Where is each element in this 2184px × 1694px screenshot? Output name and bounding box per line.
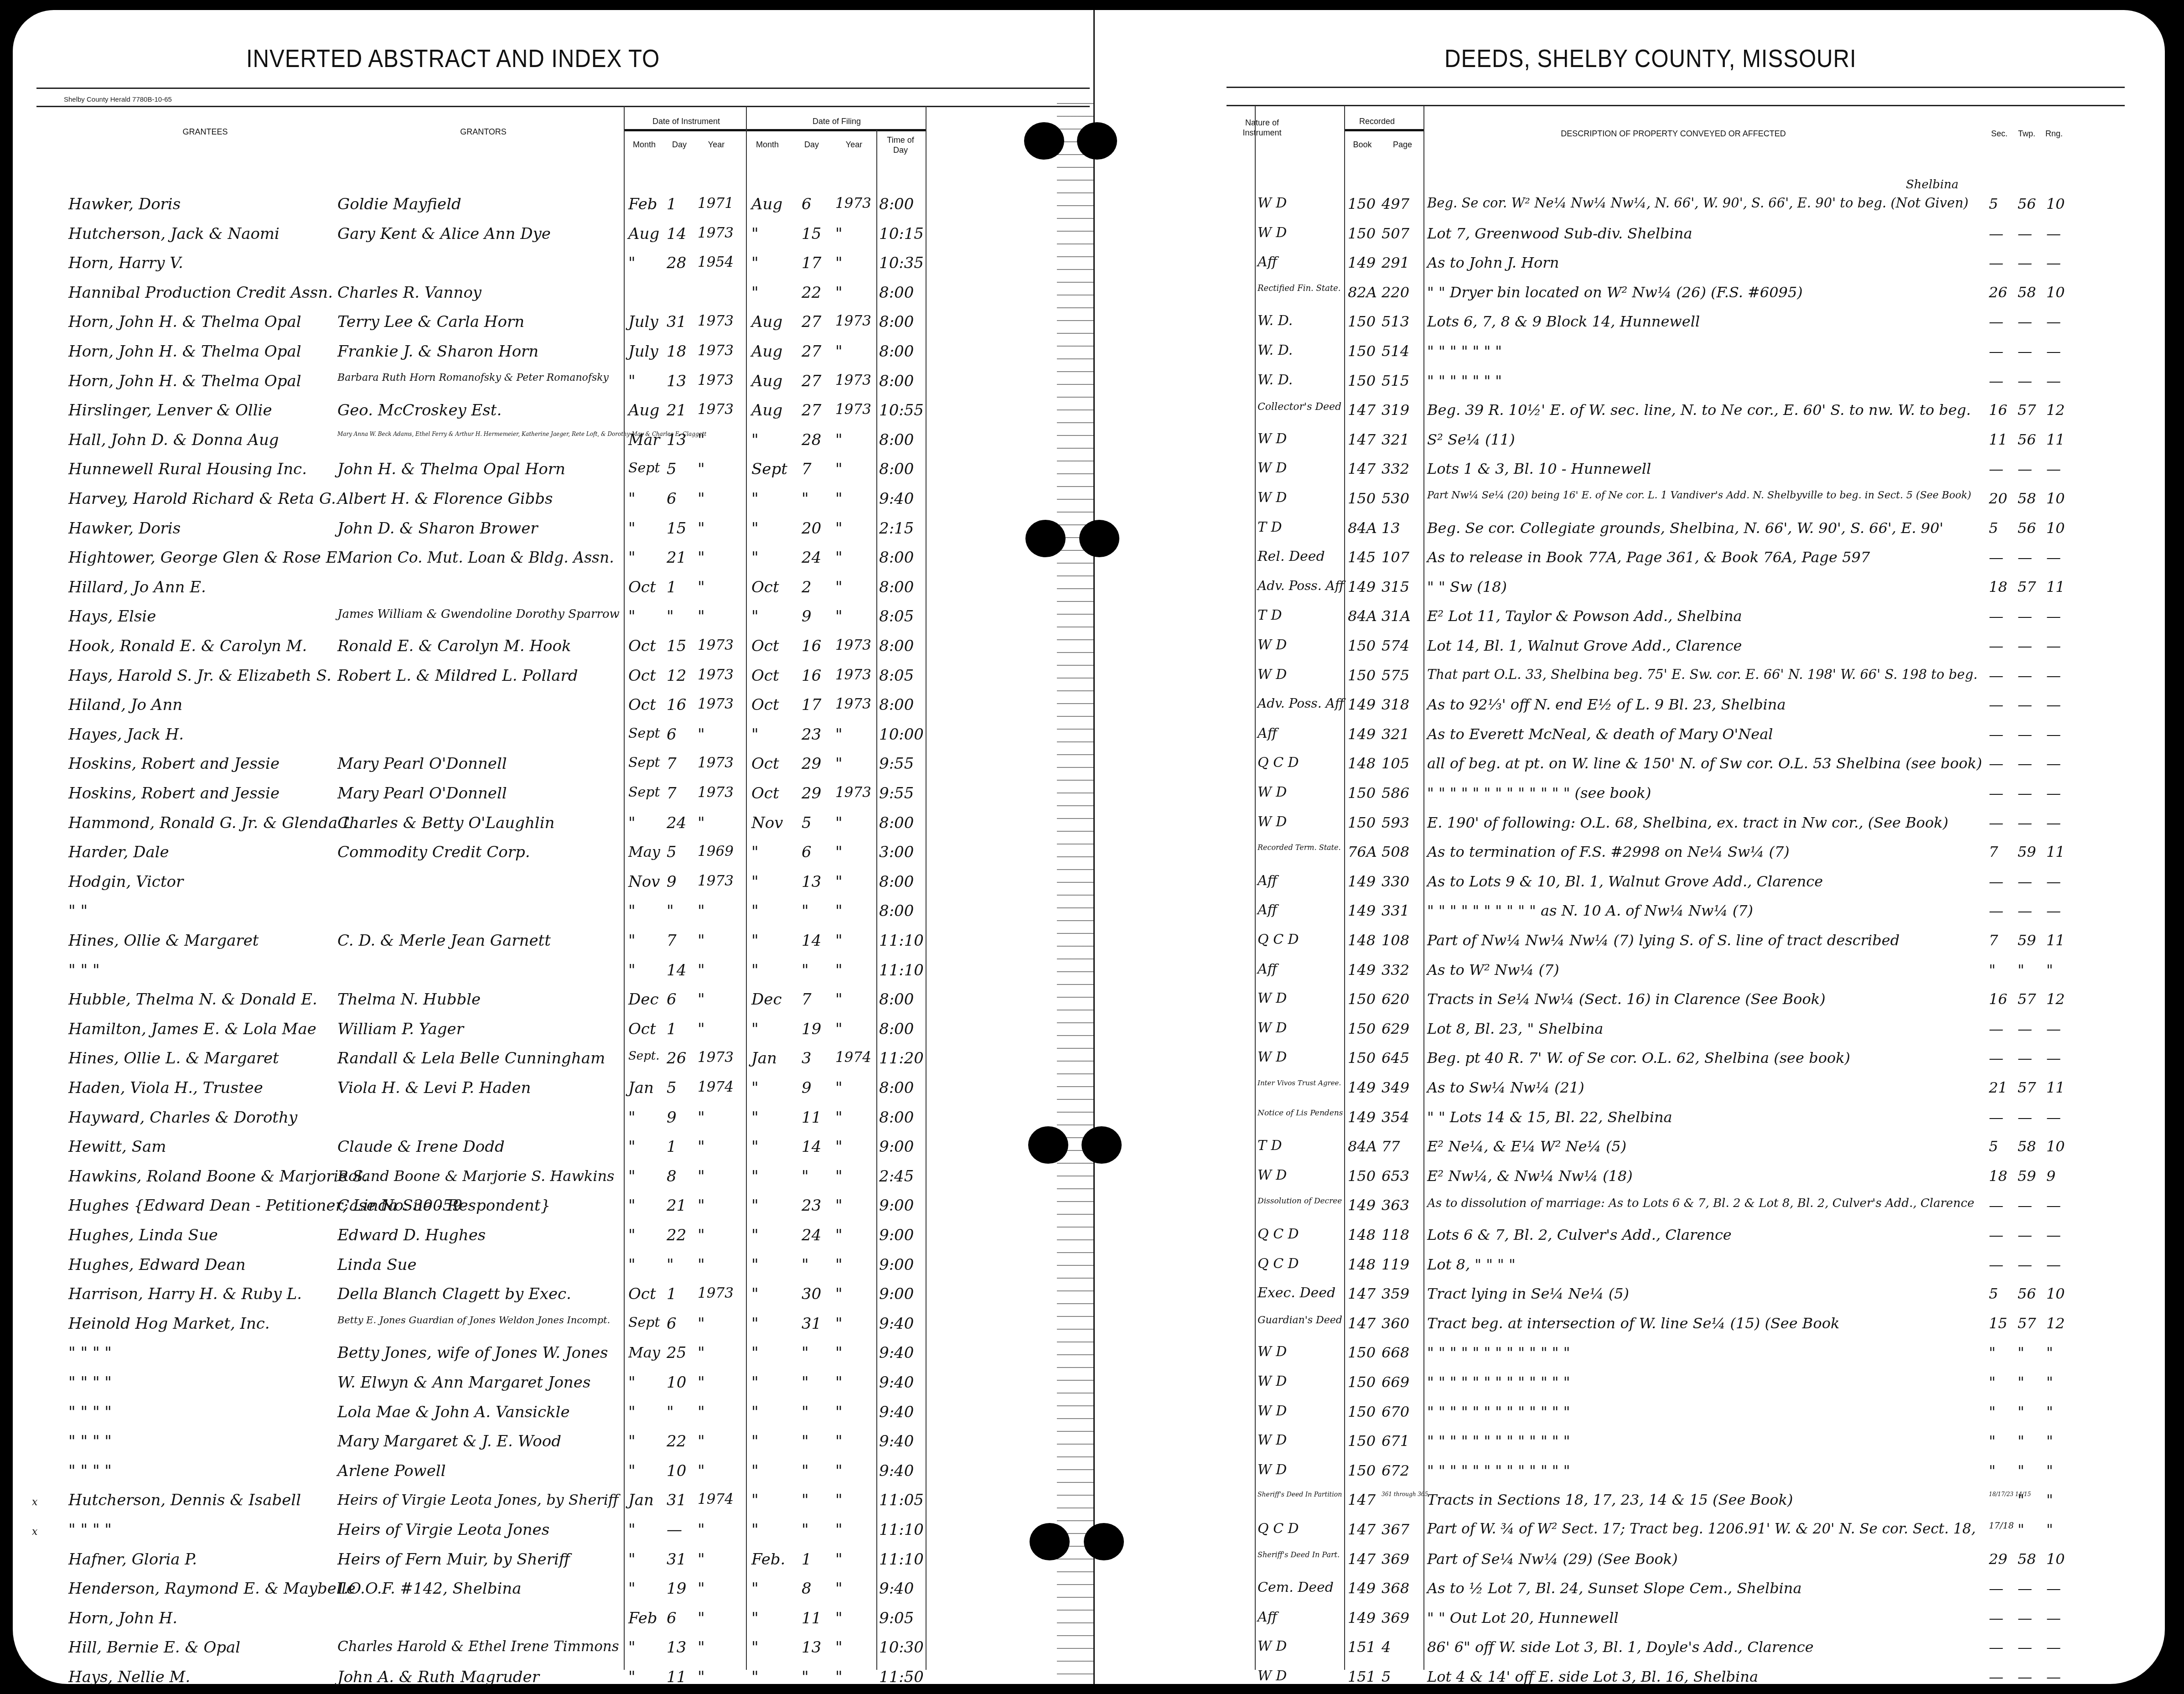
inst-month-cell: " [628, 549, 636, 567]
nature-cell: Q C D [1258, 1256, 1299, 1272]
twp-cell: — [2018, 725, 2032, 743]
book-cell: 149 [1348, 1609, 1376, 1627]
fil-year-cell: 1973 [835, 696, 871, 712]
fil-day-cell: " [802, 1256, 809, 1274]
grantee-cell: Hutcherson, Dennis & Isabell [68, 1491, 301, 1509]
twp-cell: — [2018, 1226, 2032, 1243]
book-cell: 149 [1348, 725, 1376, 743]
description-cell: As to dissolution of marriage: As to Lot… [1427, 1197, 1974, 1210]
sec-cell: — [1989, 313, 2003, 330]
inst-year-cell: " [698, 1226, 705, 1244]
fil-day-cell: " [802, 1432, 809, 1451]
fil-year-cell: " [835, 932, 843, 950]
sec-cell: " [1989, 1373, 1996, 1391]
book-cell: 150 [1348, 313, 1376, 330]
description-cell: That part O.L. 33, Shelbina beg. 75' E. … [1427, 667, 1977, 682]
twp-cell: " [2018, 1491, 2024, 1508]
fil-month-cell: " [751, 1432, 759, 1451]
description-cell: Part of W. ¾ of W² Sect. 17; Tract beg. … [1427, 1521, 1976, 1537]
rng-cell: 10 [2046, 1285, 2065, 1302]
grantor-cell: Mary Pearl O'Donnell [337, 755, 507, 773]
nature-cell: W D [1258, 1668, 1287, 1684]
book-cell: 149 [1348, 696, 1376, 713]
sec-cell: 20 [1989, 490, 2008, 507]
twp-cell: 59 [2018, 932, 2036, 949]
book-cell: 150 [1348, 1432, 1376, 1450]
fil-month-cell: Dec [751, 990, 781, 1009]
inst-year-cell: 1973 [698, 1049, 734, 1066]
sec-header: Sec. [1988, 129, 2011, 139]
inst-month-cell: Jan [628, 1079, 654, 1097]
grantee-cell: Hillard, Jo Ann E. [68, 578, 206, 596]
fil-day-cell: 19 [802, 1020, 821, 1038]
inst-year-cell: " [698, 1668, 705, 1686]
column-divider [1255, 106, 1256, 1670]
rng-cell: " [2046, 1521, 2053, 1538]
fil-day-cell: 27 [802, 401, 821, 420]
rng-cell: " [2046, 1491, 2053, 1508]
inst-month-cell: Nov [628, 873, 660, 891]
description-cell: Beg. pt 40 R. 7' W. of Se cor. O.L. 62, … [1427, 1049, 1850, 1067]
description-cell: " " Sw (18) [1427, 578, 1507, 596]
page-cell: 331 [1382, 902, 1409, 919]
time-cell: 11:10 [879, 1521, 924, 1539]
twp-cell: — [2018, 254, 2032, 271]
header-rule [36, 88, 1090, 89]
nature-cell: W D [1258, 1432, 1287, 1448]
time-header: Time of Day [880, 135, 921, 155]
page-cell: 507 [1382, 225, 1409, 242]
inst-day-cell: 13 [667, 372, 686, 390]
grantor-cell: Goldie Mayfield [337, 195, 461, 213]
page-cell: 574 [1382, 637, 1409, 654]
binder-hole [1025, 520, 1066, 557]
page-cell: 508 [1382, 843, 1409, 860]
grantor-cell: Charles Harold & Ethel Irene Timmons [337, 1638, 619, 1655]
inst-year-cell: " [698, 490, 705, 508]
nature-cell: Aff [1258, 254, 1277, 270]
fil-year-cell: " [835, 1609, 843, 1627]
grantee-cell: " " " [68, 961, 100, 979]
inst-year-cell: 1973 [698, 784, 734, 801]
time-cell: 8:00 [879, 1020, 914, 1038]
fil-day-cell: " [802, 1344, 809, 1362]
page-cell: 119 [1382, 1256, 1409, 1273]
rng-header: Rng. [2043, 129, 2065, 139]
inst-day-cell: 1 [667, 578, 677, 596]
rng-cell: — [2046, 549, 2061, 566]
inst-month-cell: " [628, 1197, 636, 1215]
description-cell: Lot 8, Bl. 23, " Shelbina [1427, 1020, 1603, 1037]
time-cell: 10:30 [879, 1638, 924, 1657]
fil-month-cell: " [751, 843, 759, 861]
description-cell: E² Lot 11, Taylor & Powson Add., Shelbin… [1427, 607, 1742, 625]
grantee-cell: Hays, Harold S. Jr. & Elizabeth S. [68, 667, 331, 685]
page-cell: 354 [1382, 1109, 1409, 1126]
inst-year-cell: 1974 [698, 1491, 734, 1508]
grantor-cell: C. D. & Merle Jean Garnett [337, 932, 551, 950]
sec-cell: 18/17/23 14/15 [1989, 1491, 2031, 1497]
grantee-cell: Horn, Harry V. [68, 254, 183, 272]
inst-month-cell: " [628, 1138, 636, 1156]
nature-cell: T D [1258, 1138, 1282, 1154]
fil-day-cell: 6 [802, 843, 812, 861]
inst-month-cell: " [628, 814, 636, 832]
twp-cell: 58 [2018, 1138, 2036, 1155]
description-cell: " " " " " " " " " " " " " [1427, 1403, 1570, 1420]
page-header: Page [1389, 140, 1416, 150]
twp-cell: — [2018, 873, 2032, 890]
fil-month-cell: " [751, 932, 759, 950]
nature-cell: W D [1258, 784, 1287, 800]
inst-day-cell: 8 [667, 1167, 677, 1186]
book-cell: 150 [1348, 1403, 1376, 1420]
grantor-cell: Commodity Credit Corp. [337, 843, 530, 861]
fil-year-cell: " [835, 1285, 843, 1303]
fil-day-cell: 22 [802, 284, 821, 302]
rng-cell: — [2046, 1197, 2061, 1214]
sec-cell: — [1989, 254, 2003, 271]
grantee-cell: Horn, John H. & Thelma Opal [68, 372, 301, 390]
time-cell: 2:15 [879, 519, 914, 538]
page-cell: 220 [1382, 284, 1409, 301]
fil-day-cell: 27 [802, 372, 821, 390]
nature-cell: W D [1258, 1020, 1287, 1036]
fil-month-cell: " [751, 1197, 759, 1215]
inst-day-cell: 18 [667, 342, 686, 361]
sec-cell: — [1989, 549, 2003, 566]
grantor-cell: Della Blanch Clagett by Exec. [337, 1285, 571, 1303]
page-cell: 105 [1382, 755, 1409, 772]
twp-cell: — [2018, 1668, 2032, 1685]
nature-cell: Collector's Deed [1258, 401, 1341, 413]
inst-month-header: Month [628, 140, 660, 150]
fil-day-cell: 29 [802, 755, 821, 773]
time-cell: 8:00 [879, 342, 914, 361]
description-cell: " " " " " " " " " " " " " (see book) [1427, 784, 1651, 802]
time-cell: 10:00 [879, 725, 924, 744]
twp-cell: — [2018, 667, 2032, 684]
inst-day-cell: 26 [667, 1049, 686, 1067]
grantee-cell: Hoskins, Robert and Jessie [68, 784, 279, 803]
twp-cell: — [2018, 1580, 2032, 1597]
grantee-cell: Horn, John H. & Thelma Opal [68, 342, 301, 361]
column-divider [1344, 106, 1345, 1670]
page-cell: 369 [1382, 1609, 1409, 1627]
twp-cell: — [2018, 1256, 2032, 1273]
rng-cell: " [2046, 1344, 2053, 1361]
description-cell: As to Sw¼ Nw¼ (21) [1427, 1079, 1584, 1096]
grantor-cell: Terry Lee & Carla Horn [337, 313, 524, 331]
twp-cell: " [2018, 1373, 2024, 1391]
fil-year-cell: " [835, 225, 843, 243]
grantee-cell: Hawker, Doris [68, 519, 181, 538]
grantee-cell: Hawkins, Roland Boone & Marjorie S. [68, 1167, 367, 1186]
rng-cell: — [2046, 1638, 2061, 1656]
inst-month-cell: " [628, 1167, 636, 1186]
book-cell: 147 [1348, 401, 1376, 419]
nature-cell: W D [1258, 460, 1287, 476]
nature-header: Nature of Instrument [1239, 118, 1285, 138]
inst-year-cell: 1974 [698, 1079, 734, 1095]
description-cell: Beg. Se cor. Collegiate grounds, Shelbin… [1427, 519, 1943, 537]
fil-year-cell: " [835, 843, 843, 861]
grantee-cell: Hannibal Production Credit Assn. [68, 284, 333, 302]
nature-cell: T D [1258, 519, 1282, 535]
page-cell: 359 [1382, 1285, 1409, 1302]
fil-year-cell: " [835, 549, 843, 567]
grantor-cell: Thelma N. Hubble [337, 990, 481, 1009]
book-cell: 150 [1348, 1020, 1376, 1037]
sec-cell: — [1989, 814, 2003, 831]
fil-month-cell: " [751, 1609, 759, 1627]
grantor-cell: Barbara Ruth Horn Romanofsky & Peter Rom… [337, 372, 609, 383]
grantee-cell: " " " " [68, 1432, 112, 1451]
inst-day-cell: 21 [667, 1197, 686, 1215]
time-cell: 9:00 [879, 1226, 914, 1244]
fil-month-cell: " [751, 549, 759, 567]
grantor-cell: W. Elwyn & Ann Margaret Jones [337, 1373, 590, 1392]
grantor-cell: Robert L. & Mildred L. Pollard [337, 667, 578, 685]
column-divider [926, 106, 926, 1670]
time-cell: 8:00 [879, 696, 914, 714]
grantee-cell: " " " " [68, 1344, 112, 1362]
grantee-cell: Harvey, Harold Richard & Reta G. [68, 490, 336, 508]
date-header-rule [625, 129, 926, 131]
inst-day-cell: 15 [667, 519, 686, 538]
nature-cell: Adv. Poss. Aff [1258, 696, 1344, 711]
grantee-cell: Hall, John D. & Donna Aug [68, 431, 279, 449]
fil-year-cell: " [835, 1432, 843, 1451]
page-cell: 368 [1382, 1580, 1409, 1597]
inst-year-cell: " [698, 1109, 705, 1127]
grantee-cell: Hutcherson, Jack & Naomi [68, 225, 279, 243]
grantor-cell: William P. Yager [337, 1020, 464, 1038]
sec-cell: — [1989, 225, 2003, 242]
fil-month-cell: " [751, 1462, 759, 1480]
twp-cell: " [2018, 1462, 2024, 1479]
fil-day-cell: 14 [802, 932, 821, 950]
rng-cell: 10 [2046, 284, 2065, 301]
margin-mark: x [32, 1497, 37, 1508]
rng-cell: — [2046, 1609, 2061, 1627]
page-cell: 369 [1382, 1550, 1409, 1568]
inst-month-cell: Oct [628, 1285, 656, 1303]
page-cell: 349 [1382, 1079, 1409, 1096]
inst-day-cell: 10 [667, 1373, 686, 1392]
grantee-cell: Hewitt, Sam [68, 1138, 166, 1156]
fil-year-cell: " [835, 519, 843, 538]
time-cell: 11:10 [879, 1550, 924, 1569]
grantor-cell: Heirs of Virgie Leota Jones [337, 1521, 549, 1539]
description-cell: " " " " " " " " " " " " " [1427, 1432, 1570, 1450]
fil-year-cell: " [835, 1521, 843, 1539]
book-cell: 147 [1348, 460, 1376, 477]
grantor-cell: Randall & Lela Belle Cunningham [337, 1049, 605, 1067]
grantor-cell: I.O.O.F. #142, Shelbina [337, 1580, 522, 1598]
rng-cell: 11 [2046, 1079, 2065, 1096]
inst-year-cell: " [698, 1197, 705, 1215]
fil-month-cell: Oct [751, 637, 779, 655]
page-cell: 515 [1382, 372, 1409, 389]
inst-year-cell: " [698, 1373, 705, 1392]
nature-cell: Aff [1258, 873, 1277, 889]
page-cell: 671 [1382, 1432, 1409, 1450]
inst-month-cell: Jan [628, 1491, 654, 1509]
twp-cell: — [2018, 460, 2032, 477]
description-cell: As to Lots 9 & 10, Bl. 1, Walnut Grove A… [1427, 873, 1823, 890]
twp-cell: " [2018, 1403, 2024, 1420]
nature-cell: Notice of Lis Pendens [1258, 1109, 1343, 1118]
inst-day-cell: 22 [667, 1432, 686, 1451]
inst-day-cell: 9 [667, 1109, 677, 1127]
inst-day-cell: 16 [667, 696, 686, 714]
time-cell: 9:00 [879, 1197, 914, 1215]
fil-day-cell: " [802, 1403, 809, 1421]
sec-cell: 5 [1989, 519, 1998, 537]
nature-cell: Aff [1258, 961, 1277, 977]
fil-year-cell: " [835, 990, 843, 1009]
rng-cell: — [2046, 1580, 2061, 1597]
inst-year-cell: " [698, 1580, 705, 1598]
inst-year-cell: " [698, 578, 705, 596]
header-rule [1227, 105, 2125, 106]
rng-cell: 11 [2046, 932, 2065, 949]
book-cell: 149 [1348, 1197, 1376, 1214]
binding-edge [1057, 91, 1093, 1676]
page-cell: 319 [1382, 401, 1409, 419]
time-cell: 8:00 [879, 460, 914, 478]
fil-day-header: Day [798, 140, 825, 150]
time-cell: 3:00 [879, 843, 914, 861]
book-cell: 148 [1348, 755, 1376, 772]
fil-year-cell: " [835, 1580, 843, 1598]
book-cell: 148 [1348, 1226, 1376, 1243]
rng-cell: — [2046, 1668, 2061, 1685]
time-cell: 9:40 [879, 1432, 914, 1451]
twp-cell: — [2018, 372, 2032, 389]
description-cell: Beg. 39 R. 10½' E. of W. sec. line, N. t… [1427, 401, 1971, 419]
inst-month-cell: " [628, 1432, 636, 1451]
description-cell: Part Nw¼ Se¼ (20) being 16' E. of Ne cor… [1427, 490, 1971, 501]
twp-cell: — [2018, 1609, 2032, 1627]
grantee-cell: Horn, John H. & Thelma Opal [68, 313, 301, 331]
inst-day-cell: 28 [667, 254, 686, 272]
rng-cell: " [2046, 1373, 2053, 1391]
fil-year-cell: " [835, 284, 843, 302]
twp-cell: — [2018, 313, 2032, 330]
fil-day-cell: " [802, 961, 809, 979]
page-cell: 318 [1382, 696, 1409, 713]
inst-day-cell: 1 [667, 1138, 677, 1156]
fil-year-cell: " [835, 1550, 843, 1569]
rng-cell: 12 [2046, 990, 2065, 1008]
grantee-cell: Hamilton, James E. & Lola Mae [68, 1020, 316, 1038]
inst-month-cell: Sept. [628, 1049, 660, 1063]
inst-year-cell: 1973 [698, 873, 734, 889]
inst-month-cell: " [628, 902, 636, 920]
fil-month-cell: Oct [751, 755, 779, 773]
grantor-cell: Viola H. & Levi P. Haden [337, 1079, 531, 1097]
page-cell: 107 [1382, 549, 1409, 566]
fil-day-cell: " [802, 490, 809, 508]
page-cell: 13 [1382, 519, 1400, 537]
inst-year-header: Year [700, 140, 732, 150]
grantee-cell: " " [68, 902, 88, 920]
inst-month-cell: " [628, 254, 636, 272]
fil-day-cell: " [802, 1167, 809, 1186]
fil-day-cell: 5 [802, 814, 812, 832]
nature-cell: Aff [1258, 902, 1277, 918]
inst-year-cell: " [698, 932, 705, 950]
description-cell: Lots 6 & 7, Bl. 2, Culver's Add., Claren… [1427, 1226, 1732, 1243]
column-divider [624, 106, 625, 1670]
twp-cell: — [2018, 784, 2032, 802]
book-cell: 150 [1348, 225, 1376, 242]
fil-year-cell: " [835, 431, 843, 449]
inst-day-cell: 31 [667, 1491, 686, 1509]
page-cell: 77 [1382, 1138, 1400, 1155]
fil-day-cell: 27 [802, 313, 821, 331]
page-cell: 332 [1382, 460, 1409, 477]
time-cell: 10:15 [879, 225, 924, 243]
book-cell: 150 [1348, 1167, 1376, 1185]
rng-cell: 10 [2046, 519, 2065, 537]
book-cell: 149 [1348, 578, 1376, 596]
sec-cell: — [1989, 1580, 2003, 1597]
fil-year-cell: " [835, 490, 843, 508]
fil-month-cell: " [751, 1373, 759, 1392]
inst-year-cell: " [698, 1521, 705, 1539]
book-cell: 84A [1348, 1138, 1377, 1155]
sec-cell: 17/18 [1989, 1521, 2014, 1531]
inst-month-cell: " [628, 490, 636, 508]
fil-year-cell: " [835, 1344, 843, 1362]
rng-cell: 11 [2046, 431, 2065, 448]
sec-cell: — [1989, 725, 2003, 743]
inst-year-cell: " [698, 725, 705, 744]
fil-year-cell: " [835, 1226, 843, 1244]
book-cell: 148 [1348, 932, 1376, 949]
fil-month-cell: " [751, 1109, 759, 1127]
sec-cell: 29 [1989, 1550, 2008, 1568]
grantor-cell: Charles & Betty O'Laughlin [337, 814, 554, 832]
rng-cell: — [2046, 725, 2061, 743]
time-cell: 9:40 [879, 1344, 914, 1362]
grantee-cell: Hiland, Jo Ann [68, 696, 182, 714]
fil-day-cell: 16 [802, 637, 821, 655]
fil-month-cell: Sept [751, 460, 787, 478]
fil-year-cell: 1973 [835, 637, 871, 653]
page-cell: 291 [1382, 254, 1409, 271]
fil-month-cell: " [751, 607, 759, 626]
page-cell: 672 [1382, 1462, 1409, 1479]
twp-cell: 57 [2018, 1315, 2036, 1332]
nature-cell: Aff [1258, 725, 1277, 741]
inst-month-cell: Sept [628, 784, 660, 800]
fil-day-cell: 1 [802, 1550, 812, 1569]
grantee-cell: Hubble, Thelma N. & Donald E. [68, 990, 317, 1009]
inst-day-cell: 22 [667, 1226, 686, 1244]
fil-month-cell: " [751, 431, 759, 449]
book-cell: 149 [1348, 961, 1376, 979]
grantor-cell: Edward D. Hughes [337, 1226, 486, 1244]
fil-month-cell: Jan [751, 1049, 777, 1067]
rng-cell: — [2046, 1020, 2061, 1037]
inst-year-cell: " [698, 814, 705, 832]
fil-month-cell: " [751, 1403, 759, 1421]
sec-cell: — [1989, 637, 2003, 654]
